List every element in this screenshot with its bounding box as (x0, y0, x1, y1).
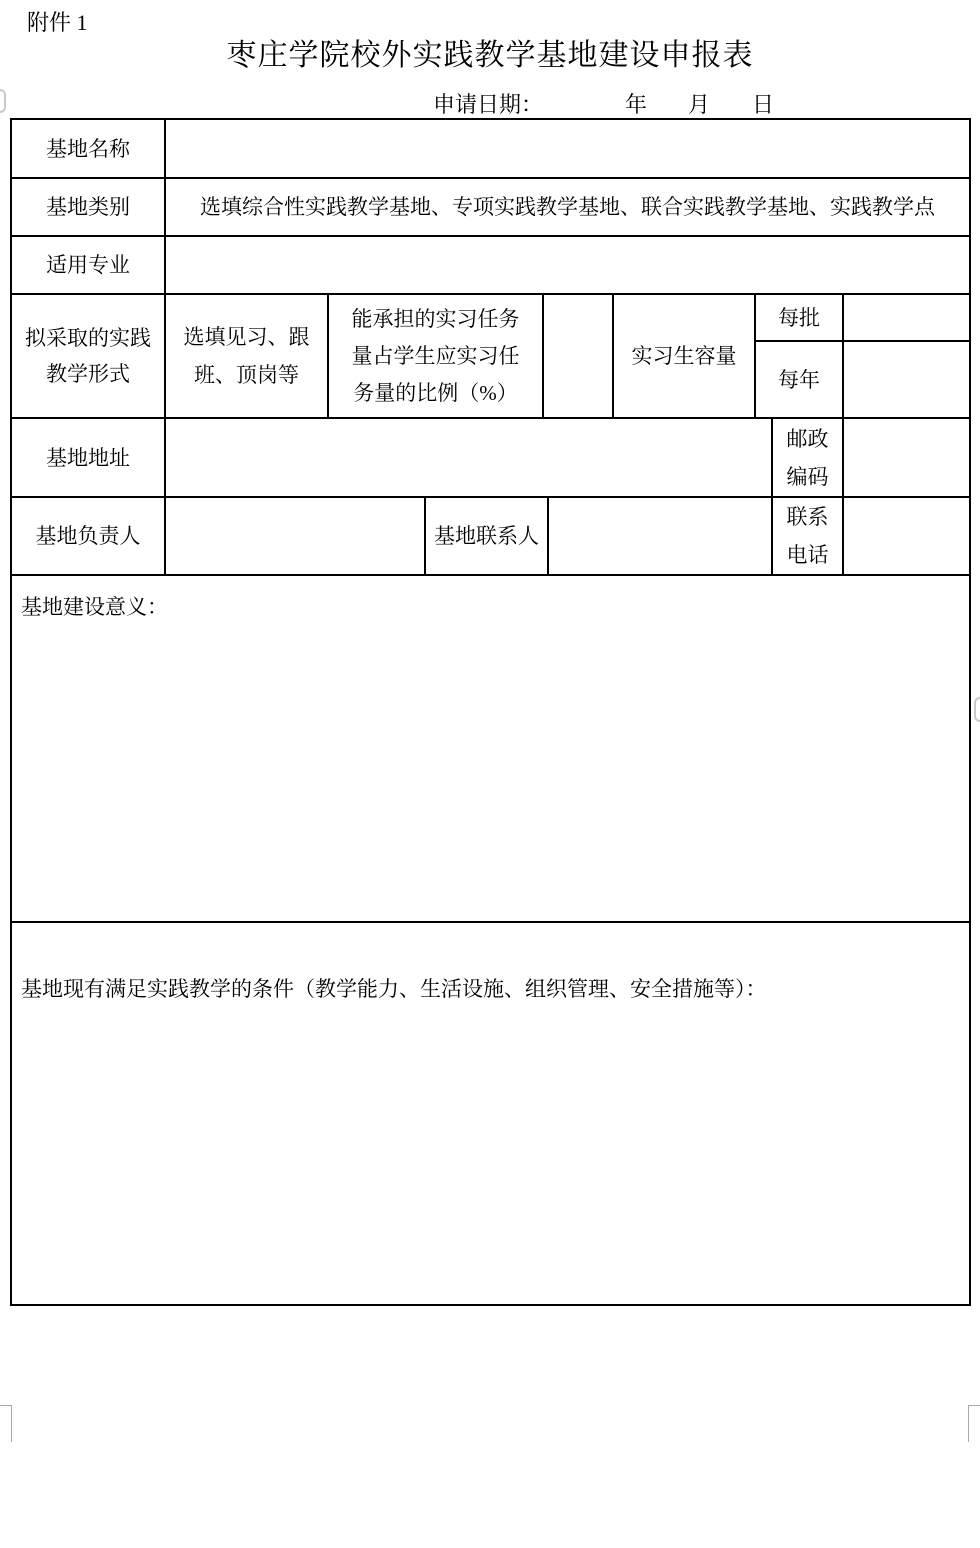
intern-capacity-label: 实习生容量 (613, 294, 755, 418)
per-batch-input[interactable] (844, 295, 968, 339)
base-contact-input[interactable] (549, 498, 770, 573)
page-corner-mark (11, 1405, 12, 1442)
conditions-label: 基地现有满足实践教学的条件（教学能力、生活设施、组织管理、安全措施等）： (21, 973, 968, 1003)
left-edge-anchor-tab (0, 89, 6, 113)
application-date-label: 申请日期： (433, 88, 543, 119)
date-month-label: 月 (688, 88, 710, 119)
contact-phone-input[interactable] (844, 498, 968, 573)
teaching-form-label: 拟采取的实践 教学形式 (11, 294, 165, 418)
right-edge-anchor-tab (974, 697, 980, 722)
table-border-line (969, 118, 971, 1306)
postal-code-label: 邮政 编码 (772, 418, 843, 497)
conditions-cell[interactable]: 基地现有满足实践教学的条件（教学能力、生活设施、组织管理、安全措施等）： (13, 924, 968, 1351)
date-year-label: 年 (625, 88, 647, 119)
applicable-majors-label: 适用专业 (11, 236, 165, 294)
page-corner-mark (968, 1405, 969, 1442)
per-year-label: 每年 (755, 341, 843, 418)
applicable-majors-input[interactable] (166, 237, 968, 292)
per-batch-label: 每批 (755, 294, 843, 341)
postal-code-input[interactable] (844, 419, 968, 495)
base-leader-label: 基地负责人 (11, 497, 165, 575)
contact-phone-label: 联系 电话 (772, 497, 843, 575)
base-name-input[interactable] (166, 120, 968, 176)
page-corner-mark (0, 1405, 11, 1406)
date-day-label: 日 (752, 88, 774, 119)
significance-label: 基地建设意义： (21, 591, 968, 621)
page-corner-mark (969, 1405, 980, 1406)
document-page: 附件 1 枣庄学院校外实践教学基地建设申报表 申请日期： 年 月 日 基地名 (0, 0, 980, 1548)
form-title: 枣庄学院校外实践教学基地建设申报表 (0, 30, 980, 74)
per-year-input[interactable] (844, 342, 968, 416)
base-category-hint: 选填综合性实践教学基地、专项实践教学基地、联合实践教学基地、实践教学点 (165, 178, 970, 236)
task-ratio-input[interactable] (544, 295, 611, 416)
base-category-label: 基地类别 (11, 178, 165, 236)
base-address-input[interactable] (166, 419, 770, 495)
task-ratio-label: 能承担的实习任务 量占学生应实习任 务量的比例（%） (328, 294, 543, 418)
base-contact-label: 基地联系人 (425, 497, 548, 575)
significance-cell[interactable]: 基地建设意义： (13, 577, 968, 933)
base-name-label: 基地名称 (11, 119, 165, 178)
base-leader-input[interactable] (166, 498, 423, 573)
base-address-label: 基地地址 (11, 418, 165, 497)
teaching-form-hint: 选填见习、跟 班、顶岗等 (165, 294, 328, 418)
